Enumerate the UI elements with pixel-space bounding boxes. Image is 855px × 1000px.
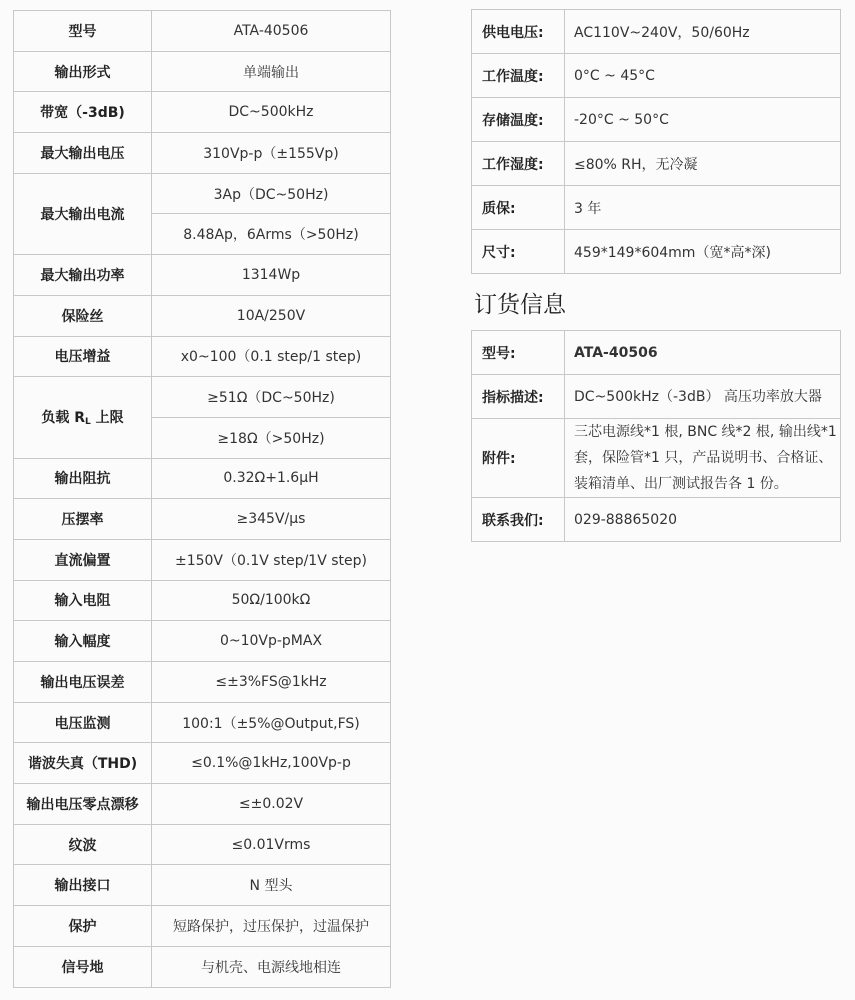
table-row: 供电电压:AC110V~240V，50/60Hz	[472, 10, 841, 54]
table-row: 工作温度:0°C ~ 45°C	[472, 54, 841, 98]
table-row: 质保:3 年	[472, 186, 841, 230]
table-row: 带宽（-3dB)DC~500kHz	[14, 92, 391, 133]
row-value: 459*149*604mm（宽*高*深)	[565, 230, 841, 274]
row-label: 指标描述:	[472, 375, 565, 419]
row-value: ≤±0.02V	[152, 784, 391, 825]
row-value: 10A/250V	[152, 295, 391, 336]
table-row: 最大输出电压310Vp-p（±155Vp)	[14, 133, 391, 174]
row-value: ATA-40506	[152, 11, 391, 52]
row-label: 压摆率	[14, 499, 152, 540]
row-label: 型号	[14, 11, 152, 52]
row-label: 输出电压误差	[14, 662, 152, 703]
row-value: 50Ω/100kΩ	[152, 580, 391, 621]
row-value: ≥51Ω（DC~50Hz)	[152, 377, 391, 418]
row-label: 工作温度:	[472, 54, 565, 98]
table-row: 输出电压误差≤±3%FS@1kHz	[14, 662, 391, 703]
table-row: 输入电阻50Ω/100kΩ	[14, 580, 391, 621]
row-label: 输出阻抗	[14, 458, 152, 499]
row-label: 联系我们:	[472, 498, 565, 542]
table-row: 输入幅度0~10Vp-pMAX	[14, 621, 391, 662]
description-value: DC~500kHz（-3dB） 高压功率放大器	[565, 375, 841, 419]
table-row: 电压增益x0~100（0.1 step/1 step)	[14, 336, 391, 377]
row-label: 电压监测	[14, 702, 152, 743]
row-value: 单端输出	[152, 51, 391, 92]
table-row: 最大输出电流3Ap（DC~50Hz)	[14, 173, 391, 214]
row-label: 尺寸:	[472, 230, 565, 274]
row-value: 8.48Ap，6Arms（>50Hz)	[152, 214, 391, 255]
row-label: 输出接口	[14, 865, 152, 906]
row-value: 0.32Ω+1.6μH	[152, 458, 391, 499]
row-label: 质保:	[472, 186, 565, 230]
row-value: 3 年	[565, 186, 841, 230]
spec-table: 型号ATA-40506输出形式单端输出带宽（-3dB)DC~500kHz最大输出…	[13, 10, 391, 988]
contact-value: 029-88865020	[565, 498, 841, 542]
environment-table: 供电电压:AC110V~240V，50/60Hz 工作温度:0°C ~ 45°C…	[471, 9, 841, 274]
row-label: 输出形式	[14, 51, 152, 92]
row-label: 最大输出电压	[14, 133, 152, 174]
row-value: 100:1（±5%@Output,FS)	[152, 702, 391, 743]
row-label: 供电电压:	[472, 10, 565, 54]
row-label: 存储温度:	[472, 98, 565, 142]
table-row: 直流偏置±150V（0.1V step/1V step)	[14, 539, 391, 580]
row-value: 3Ap（DC~50Hz)	[152, 173, 391, 214]
row-label: 附件:	[472, 419, 565, 498]
row-value: ≥345V/μs	[152, 499, 391, 540]
table-row: 输出电压零点漂移≤±0.02V	[14, 784, 391, 825]
order-info-title: 订货信息	[474, 286, 566, 319]
row-value: 0~10Vp-pMAX	[152, 621, 391, 662]
row-value: -20°C ~ 50°C	[565, 98, 841, 142]
row-value: ≤±3%FS@1kHz	[152, 662, 391, 703]
table-row: 压摆率≥345V/μs	[14, 499, 391, 540]
row-value: ±150V（0.1V step/1V step)	[152, 539, 391, 580]
row-label: 谐波失真（THD)	[14, 743, 152, 784]
table-row: 谐波失真（THD)≤0.1%@1kHz,100Vp-p	[14, 743, 391, 784]
model-value: ATA-40506	[565, 331, 841, 375]
table-row: 指标描述:DC~500kHz（-3dB） 高压功率放大器	[472, 375, 841, 419]
row-value: 1314Wp	[152, 255, 391, 296]
row-value: 与机壳、电源线地相连	[152, 946, 391, 987]
table-row: 存储温度:-20°C ~ 50°C	[472, 98, 841, 142]
row-value: ≤80% RH，无冷凝	[565, 142, 841, 186]
order-info-table: 型号:ATA-40506 指标描述:DC~500kHz（-3dB） 高压功率放大…	[471, 330, 841, 542]
row-label: 纹波	[14, 824, 152, 865]
row-label: 输入幅度	[14, 621, 152, 662]
table-row: 输出接口N 型头	[14, 865, 391, 906]
table-row: 信号地与机壳、电源线地相连	[14, 946, 391, 987]
row-label: 直流偏置	[14, 539, 152, 580]
row-label: 输出电压零点漂移	[14, 784, 152, 825]
row-label: 最大输出电流	[14, 173, 152, 254]
table-row: 输出阻抗0.32Ω+1.6μH	[14, 458, 391, 499]
row-value: DC~500kHz	[152, 92, 391, 133]
row-label: 电压增益	[14, 336, 152, 377]
label-suffix: 上限	[91, 410, 124, 426]
row-label: 信号地	[14, 946, 152, 987]
table-row: 保护短路保护，过压保护，过温保护	[14, 906, 391, 947]
row-label: 最大输出功率	[14, 255, 152, 296]
table-row: 输出形式单端输出	[14, 51, 391, 92]
table-row: 联系我们:029-88865020	[472, 498, 841, 542]
row-label: 保护	[14, 906, 152, 947]
accessories-value: 三芯电源线*1 根, BNC 线*2 根, 输出线*1 套，保险管*1 只，产品…	[565, 419, 841, 498]
table-row: 最大输出功率1314Wp	[14, 255, 391, 296]
row-value: ≤0.1%@1kHz,100Vp-p	[152, 743, 391, 784]
row-value: N 型头	[152, 865, 391, 906]
table-row: 工作湿度:≤80% RH，无冷凝	[472, 142, 841, 186]
row-label: 工作湿度:	[472, 142, 565, 186]
row-value: AC110V~240V，50/60Hz	[565, 10, 841, 54]
row-value: 310Vp-p（±155Vp)	[152, 133, 391, 174]
table-row: 尺寸:459*149*604mm（宽*高*深)	[472, 230, 841, 274]
row-label: 输入电阻	[14, 580, 152, 621]
row-value: ≤0.01Vrms	[152, 824, 391, 865]
table-row: 保险丝10A/250V	[14, 295, 391, 336]
row-label: 保险丝	[14, 295, 152, 336]
row-label: 负载 RL 上限	[14, 377, 152, 458]
row-value: x0~100（0.1 step/1 step)	[152, 336, 391, 377]
table-row: 型号:ATA-40506	[472, 331, 841, 375]
table-row: 纹波≤0.01Vrms	[14, 824, 391, 865]
row-value: 0°C ~ 45°C	[565, 54, 841, 98]
table-row: 型号ATA-40506	[14, 11, 391, 52]
row-value: 短路保护，过压保护，过温保护	[152, 906, 391, 947]
table-row: 负载 RL 上限≥51Ω（DC~50Hz)	[14, 377, 391, 418]
row-value: ≥18Ω（>50Hz)	[152, 417, 391, 458]
label-text: 负载 R	[41, 410, 85, 426]
table-row: 附件:三芯电源线*1 根, BNC 线*2 根, 输出线*1 套，保险管*1 只…	[472, 419, 841, 498]
table-row: 电压监测100:1（±5%@Output,FS)	[14, 702, 391, 743]
row-label: 型号:	[472, 331, 565, 375]
row-label: 带宽（-3dB)	[14, 92, 152, 133]
